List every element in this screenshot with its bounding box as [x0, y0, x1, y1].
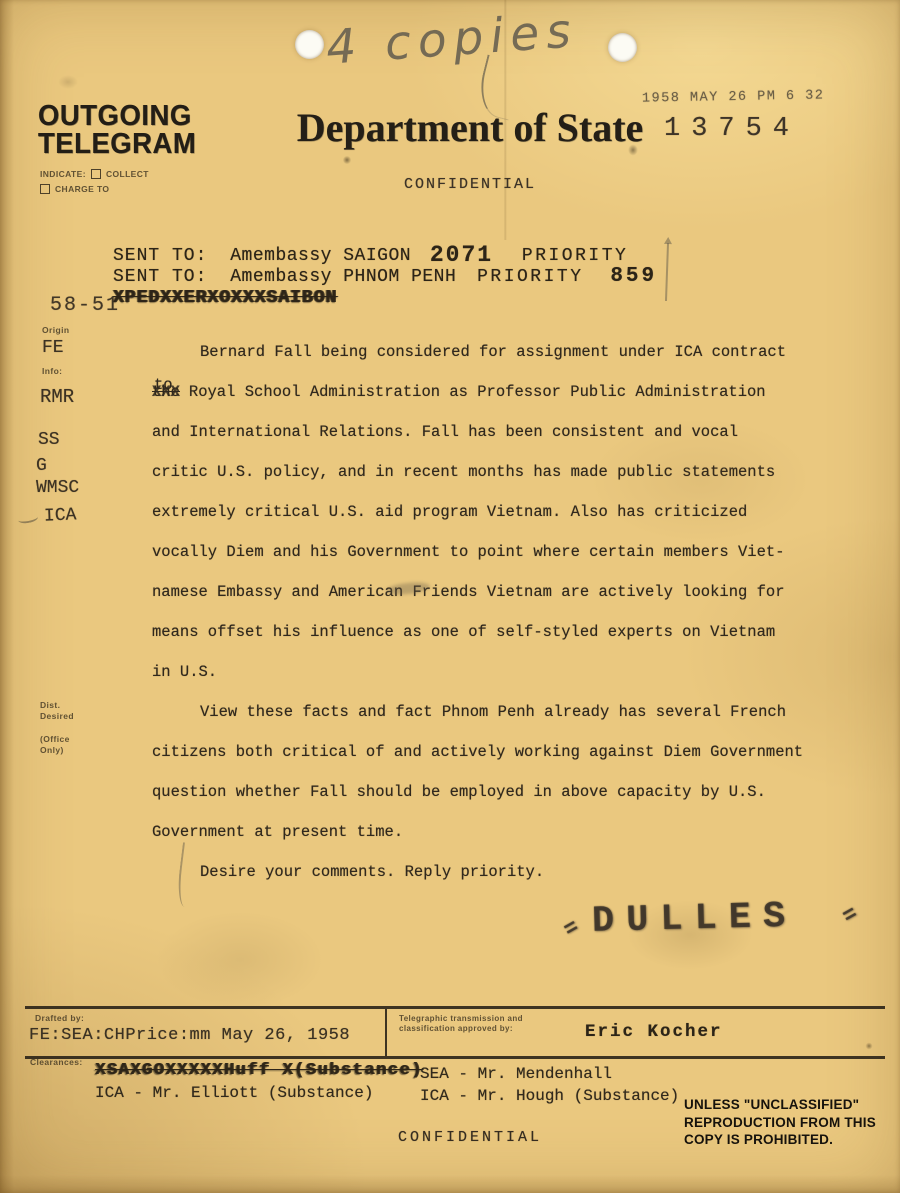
- punch-hole-left: [295, 30, 324, 59]
- body-line: citizens both critical of and actively w…: [152, 732, 864, 772]
- info-office-rmr: RMR: [40, 386, 74, 408]
- table-divider: [385, 1009, 387, 1056]
- date-time-stamp: 1958 MAY 26 PM 6 32: [642, 88, 825, 106]
- sent-to-line-phnom-penh: SENT TO: Amembassy PHNOM PENH PRIORITY 8…: [113, 265, 657, 288]
- classification-top: CONFIDENTIAL: [230, 176, 710, 193]
- telegram-document: 4 copies OUTGOING TELEGRAM INDICATE: COL…: [0, 0, 900, 1193]
- stamp-mark-left: =: [560, 909, 594, 943]
- struck-clearance-line: XSAXGOXXXXXHuff X(Substance): [95, 1061, 423, 1080]
- office-only-label2: Only): [40, 745, 64, 755]
- body-line: extremely critical U.S. aid program Viet…: [152, 492, 864, 532]
- clearance-mendenhall: SEA - Mr. Mendenhall: [420, 1065, 612, 1083]
- body-line: question whether Fall should be employed…: [152, 772, 864, 812]
- warning-line: UNLESS "UNCLASSIFIED": [684, 1096, 896, 1114]
- indicate-collect-row: INDICATE: COLLECT: [40, 169, 149, 179]
- clearances-label: Clearances:: [30, 1057, 83, 1067]
- classification-bottom: CONFIDENTIAL: [398, 1129, 542, 1146]
- precedence-saigon: PRIORITY: [522, 246, 628, 266]
- file-number: 58-51: [50, 294, 120, 317]
- approved-by-label-line2: classification approved by:: [399, 1024, 523, 1034]
- info-office-ica: ICA: [44, 505, 77, 526]
- info-office-g: G: [36, 456, 47, 476]
- body-line: and International Relations. Fall has be…: [152, 412, 864, 452]
- dist-desired-label2: Desired: [40, 711, 74, 721]
- form-title-line2: TELEGRAM: [38, 129, 196, 157]
- message-body: Bernard Fall being considered for assign…: [152, 332, 864, 892]
- body-line: critic U.S. policy, and in recent months…: [152, 452, 864, 492]
- approved-by-label-line1: Telegraphic transmission and: [399, 1014, 523, 1024]
- body-line: Desire your comments. Reply priority.: [152, 852, 864, 892]
- reproduction-warning: UNLESS "UNCLASSIFIED" REPRODUCTION FROM …: [684, 1096, 896, 1149]
- body-line: Government at present time.: [152, 812, 864, 852]
- form-title: OUTGOING TELEGRAM: [38, 101, 196, 157]
- info-label: Info:: [42, 366, 62, 376]
- warning-line: REPRODUCTION FROM THIS: [684, 1114, 896, 1132]
- charge-label: CHARGE TO: [55, 184, 109, 194]
- office-only-label: (Office: [40, 734, 70, 744]
- charge-checkbox: [40, 184, 50, 194]
- info-office-wmsc: WMSC: [36, 478, 79, 498]
- dist-desired-label: Dist.: [40, 700, 60, 710]
- info-office-ss: SS: [38, 430, 60, 450]
- sent-to-label: SENT TO:: [113, 246, 207, 266]
- body-line: theXXXRoyal School Administration as Pro…: [152, 372, 864, 412]
- approval-table: Drafted by: FE:SEA:CHPrice:mm May 26, 19…: [25, 1006, 885, 1059]
- telegram-number-stamp: 13754: [664, 114, 800, 144]
- sent-to-label: SENT TO:: [113, 267, 207, 287]
- body-line: in U.S.: [152, 652, 864, 692]
- handwritten-copies-note: 4 copies: [324, 3, 579, 75]
- telegram-number-phnom-penh: 859: [610, 265, 657, 288]
- addressee-phnom-penh: Amembassy PHNOM PENH: [230, 267, 456, 287]
- addressee-saigon: Amembassy SAIGON: [230, 246, 411, 266]
- form-title-line1: OUTGOING: [38, 101, 196, 129]
- pencil-arrow-mark: [665, 243, 669, 301]
- origin-label: Origin: [42, 325, 69, 335]
- struck-word: theXXX: [152, 372, 180, 412]
- origin-office: FE: [42, 338, 64, 358]
- body-line: vocally Diem and his Government to point…: [152, 532, 864, 572]
- punch-hole-right: [608, 33, 637, 62]
- stamp-mark-right: =: [838, 895, 872, 929]
- department-title: Department of State: [230, 104, 710, 151]
- pencil-check-mark: [17, 512, 38, 524]
- collect-checkbox: [91, 169, 101, 179]
- signature-name: DULLES: [592, 896, 798, 943]
- drafted-by-label: Drafted by:: [35, 1013, 84, 1023]
- drafted-by-value: FE:SEA:CHPrice:mm May 26, 1958: [29, 1026, 350, 1045]
- clearance-elliott: ICA - Mr. Elliott (Substance): [95, 1084, 373, 1102]
- charge-to-row: CHARGE TO: [40, 184, 109, 194]
- dulles-signature-stamp: = DULLES =: [592, 893, 893, 943]
- collect-label: COLLECT: [106, 169, 149, 179]
- body-line: means offset his influence as one of sel…: [152, 612, 864, 652]
- body-line: Bernard Fall being considered for assign…: [152, 332, 864, 372]
- approved-by-label: Telegraphic transmission and classificat…: [399, 1014, 523, 1034]
- approved-by-value: Eric Kocher: [585, 1022, 723, 1042]
- precedence-phnom-penh: PRIORITY: [477, 267, 583, 287]
- body-line: namese Embassy and American Friends Viet…: [152, 572, 864, 612]
- clearance-hough: ICA - Mr. Hough (Substance): [420, 1087, 679, 1105]
- body-line: View these facts and fact Phnom Penh alr…: [152, 692, 864, 732]
- indicate-label: INDICATE:: [40, 169, 86, 179]
- warning-line: COPY IS PROHIBITED.: [684, 1131, 896, 1149]
- struck-out-routing-line: XPEDXXERXOXXXSAIBON: [113, 288, 337, 308]
